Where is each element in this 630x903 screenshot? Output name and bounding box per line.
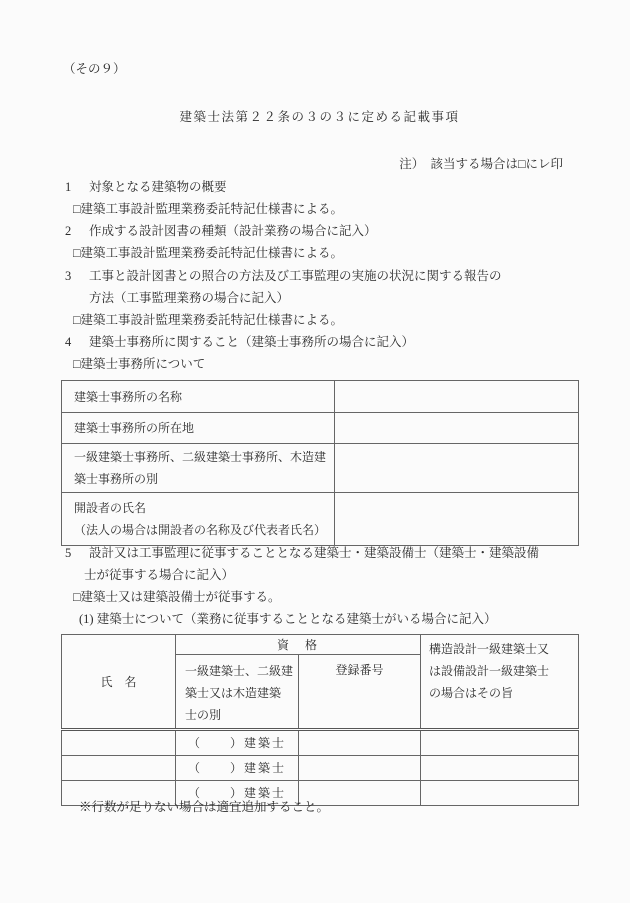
office-row-label: 一級建築士事務所、二級建築士事務所、木造建 築士事務所の別 [62, 444, 335, 493]
item-3-text-line-1: 工事と設計図書との照合の方法及び工事監理の実施の状況に関する報告の [89, 269, 502, 283]
item-1-number: 1 [65, 180, 89, 195]
header-name-cell: 氏 名 [62, 635, 176, 730]
document-title: 建築士法第２２条の３の３に定める記載事項 [61, 110, 578, 125]
structural-note-cell[interactable] [421, 730, 579, 756]
header-registration-number-cell: 登録番号 [299, 655, 421, 730]
item-4-checkbox-line[interactable]: □建築士事務所について [73, 357, 205, 372]
item-5-number: 5 [65, 546, 89, 561]
architect-table: 氏 名 資 格 構造設計一級建築士又 は設備設計一級建築士 の場合はその旨 一級… [61, 634, 579, 806]
office-row-label: 建築士事務所の所在地 [62, 413, 335, 444]
item-4: 4建築士事務所に関すること（建築士事務所の場合に記入） [65, 335, 414, 350]
office-row-value-cell[interactable] [335, 413, 579, 444]
item-3-checkbox-line[interactable]: □建築工事設計監理業務委託特記仕様書による。 [73, 313, 343, 328]
item-2-checkbox-line[interactable]: □建築工事設計監理業務委託特記仕様書による。 [73, 246, 343, 261]
additional-rows-note: ※行数が足りない場合は適宜追加すること。 [79, 800, 329, 815]
item-1-text: 対象となる建築物の概要 [89, 180, 227, 194]
item-5-text-line-2: 士が従事する場合に記入） [84, 568, 234, 583]
legend-note: 注） 該当する場合は□にレ印 [61, 157, 563, 172]
corner-label: （その９） [63, 62, 126, 77]
item-2-text: 作成する設計図書の種類（設計業務の場合に記入） [89, 224, 377, 238]
item-5-text-line-1: 設計又は工事監理に従事することとなる建築士・建築設備士（建築士・建築設備 [89, 546, 539, 560]
architect-name-cell[interactable] [62, 730, 176, 756]
item-5-sub-item: (1) 建築士について（業務に従事することとなる建築士がいる場合に記入） [79, 612, 496, 627]
office-row-label: 開設者の氏名 （法人の場合は開設者の名称及び代表者氏名） [62, 493, 335, 546]
office-row-value-cell[interactable] [335, 444, 579, 493]
item-3-number: 3 [65, 269, 89, 284]
item-4-text: 建築士事務所に関すること（建築士事務所の場合に記入） [89, 335, 414, 349]
architect-name-cell[interactable] [62, 756, 176, 781]
item-5: 5設計又は工事監理に従事することとなる建築士・建築設備士（建築士・建築設備 [65, 546, 539, 561]
item-1: 1対象となる建築物の概要 [65, 180, 227, 195]
qualification-type-cell[interactable]: （ ）建築士 [176, 756, 299, 781]
structural-note-cell[interactable] [421, 756, 579, 781]
header-qualification-group-cell: 資 格 [176, 635, 421, 655]
document-page: （その９） 建築士法第２２条の３の３に定める記載事項 注） 該当する場合は□にレ… [0, 0, 630, 903]
qualification-type-cell[interactable]: （ ）建築士 [176, 730, 299, 756]
header-structural-note-cell: 構造設計一級建築士又 は設備設計一級建築士 の場合はその旨 [421, 635, 579, 730]
structural-note-cell[interactable] [421, 781, 579, 806]
item-1-checkbox-line[interactable]: □建築工事設計監理業務委託特記仕様書による。 [73, 202, 343, 217]
item-2: 2作成する設計図書の種類（設計業務の場合に記入） [65, 224, 377, 239]
item-2-number: 2 [65, 224, 89, 239]
item-3: 3工事と設計図書との照合の方法及び工事監理の実施の状況に関する報告の [65, 269, 502, 284]
registration-number-cell[interactable] [299, 756, 421, 781]
item-4-number: 4 [65, 335, 89, 350]
item-5-checkbox-line[interactable]: □建築士又は建築設備士が従事する。 [73, 590, 281, 605]
office-row-value-cell[interactable] [335, 493, 579, 546]
item-3-text-line-2: 方法（工事監理業務の場合に記入） [89, 291, 289, 306]
office-table: 建築士事務所の名称 建築士事務所の所在地 一級建築士事務所、二級建築士事務所、木… [61, 380, 579, 546]
header-qualification-type-cell: 一級建築士、二級建 築士又は木造建築 士の別 [176, 655, 299, 730]
office-row-label: 建築士事務所の名称 [62, 381, 335, 413]
registration-number-cell[interactable] [299, 730, 421, 756]
office-row-value-cell[interactable] [335, 381, 579, 413]
